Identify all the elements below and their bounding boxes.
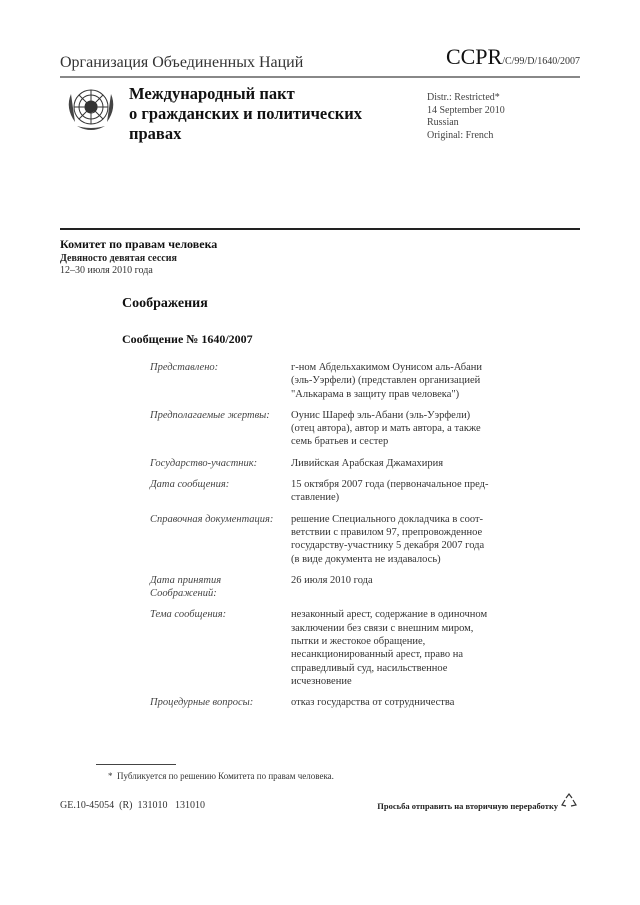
distribution-date: 14 September 2010 — [427, 105, 505, 118]
document-symbol: CCPR/C/99/D/1640/2007 — [446, 44, 580, 70]
recycle-note: Просьба отправить на вторичную переработ… — [377, 801, 558, 811]
distribution-original: Original: French — [427, 130, 505, 143]
detail-value: незаконный арест, содержание в одиночном… — [291, 608, 520, 688]
section-heading: Соображения — [122, 296, 208, 312]
detail-value: отказ государства от сотрудничества — [291, 696, 520, 709]
distribution-status: Distr.: Restricted* — [427, 92, 505, 105]
detail-label: Предполагаемые жертвы: — [150, 409, 291, 449]
communication-number: Сообщение № 1640/2007 — [122, 332, 253, 347]
document-number: GE.10-45054 (R) 131010 131010 — [60, 800, 205, 811]
detail-row: Предполагаемые жертвы:Оунис Шареф эль-Аб… — [150, 409, 520, 449]
symbol-main: CCPR — [446, 44, 502, 69]
distribution-block: Distr.: Restricted* 14 September 2010 Ru… — [427, 92, 505, 142]
detail-value: Оунис Шареф эль-Абани (эль-Уэрфели) (оте… — [291, 409, 520, 449]
detail-row: Тема сообщения:незаконный арест, содержа… — [150, 608, 520, 688]
detail-value: Ливийская Арабская Джамахирия — [291, 457, 520, 470]
un-emblem-icon — [63, 80, 119, 136]
detail-row: Дата сообщения:15 октября 2007 года (пер… — [150, 478, 520, 505]
detail-value: решение Специального докладчика в соот- … — [291, 513, 520, 566]
detail-value: 26 июля 2010 года — [291, 574, 520, 601]
committee-name: Комитет по правам человека — [60, 237, 217, 252]
detail-row: Справочная документация:решение Специаль… — [150, 513, 520, 566]
detail-row: Представлено:г-ном Абдельхакимом Оунисом… — [150, 361, 520, 401]
header-rule — [60, 76, 580, 78]
detail-value: г-ном Абдельхакимом Оунисом аль-Абани (э… — [291, 361, 520, 401]
detail-row: Государство-участник:Ливийская Арабская … — [150, 457, 520, 470]
detail-label: Тема сообщения: — [150, 608, 291, 688]
detail-label: Представлено: — [150, 361, 291, 401]
recycle-icon — [560, 792, 578, 810]
detail-label: Дата принятия Соображений: — [150, 574, 291, 601]
detail-label: Процедурные вопросы: — [150, 696, 291, 709]
detail-label: Дата сообщения: — [150, 478, 291, 505]
detail-row: Дата принятия Соображений:26 июля 2010 г… — [150, 574, 520, 601]
document-title: Международный пакт о гражданских и полит… — [129, 84, 362, 144]
detail-label: Государство-участник: — [150, 457, 291, 470]
session-name: Девяносто девятая сессия — [60, 253, 177, 264]
distribution-language: Russian — [427, 117, 505, 130]
organization-name: Организация Объединенных Наций — [60, 54, 303, 72]
footnote-rule — [96, 764, 176, 765]
detail-value: 15 октября 2007 года (первоначальное пре… — [291, 478, 520, 505]
detail-row: Процедурные вопросы:отказ государства от… — [150, 696, 520, 709]
symbol-suffix: /C/99/D/1640/2007 — [502, 56, 580, 67]
session-dates: 12–30 июля 2010 года — [60, 265, 153, 276]
detail-label: Справочная документация: — [150, 513, 291, 566]
footnote: * Публикуется по решению Комитета по пра… — [108, 771, 334, 781]
title-rule — [60, 228, 580, 230]
communication-details: Представлено:г-ном Абдельхакимом Оунисом… — [150, 361, 520, 718]
